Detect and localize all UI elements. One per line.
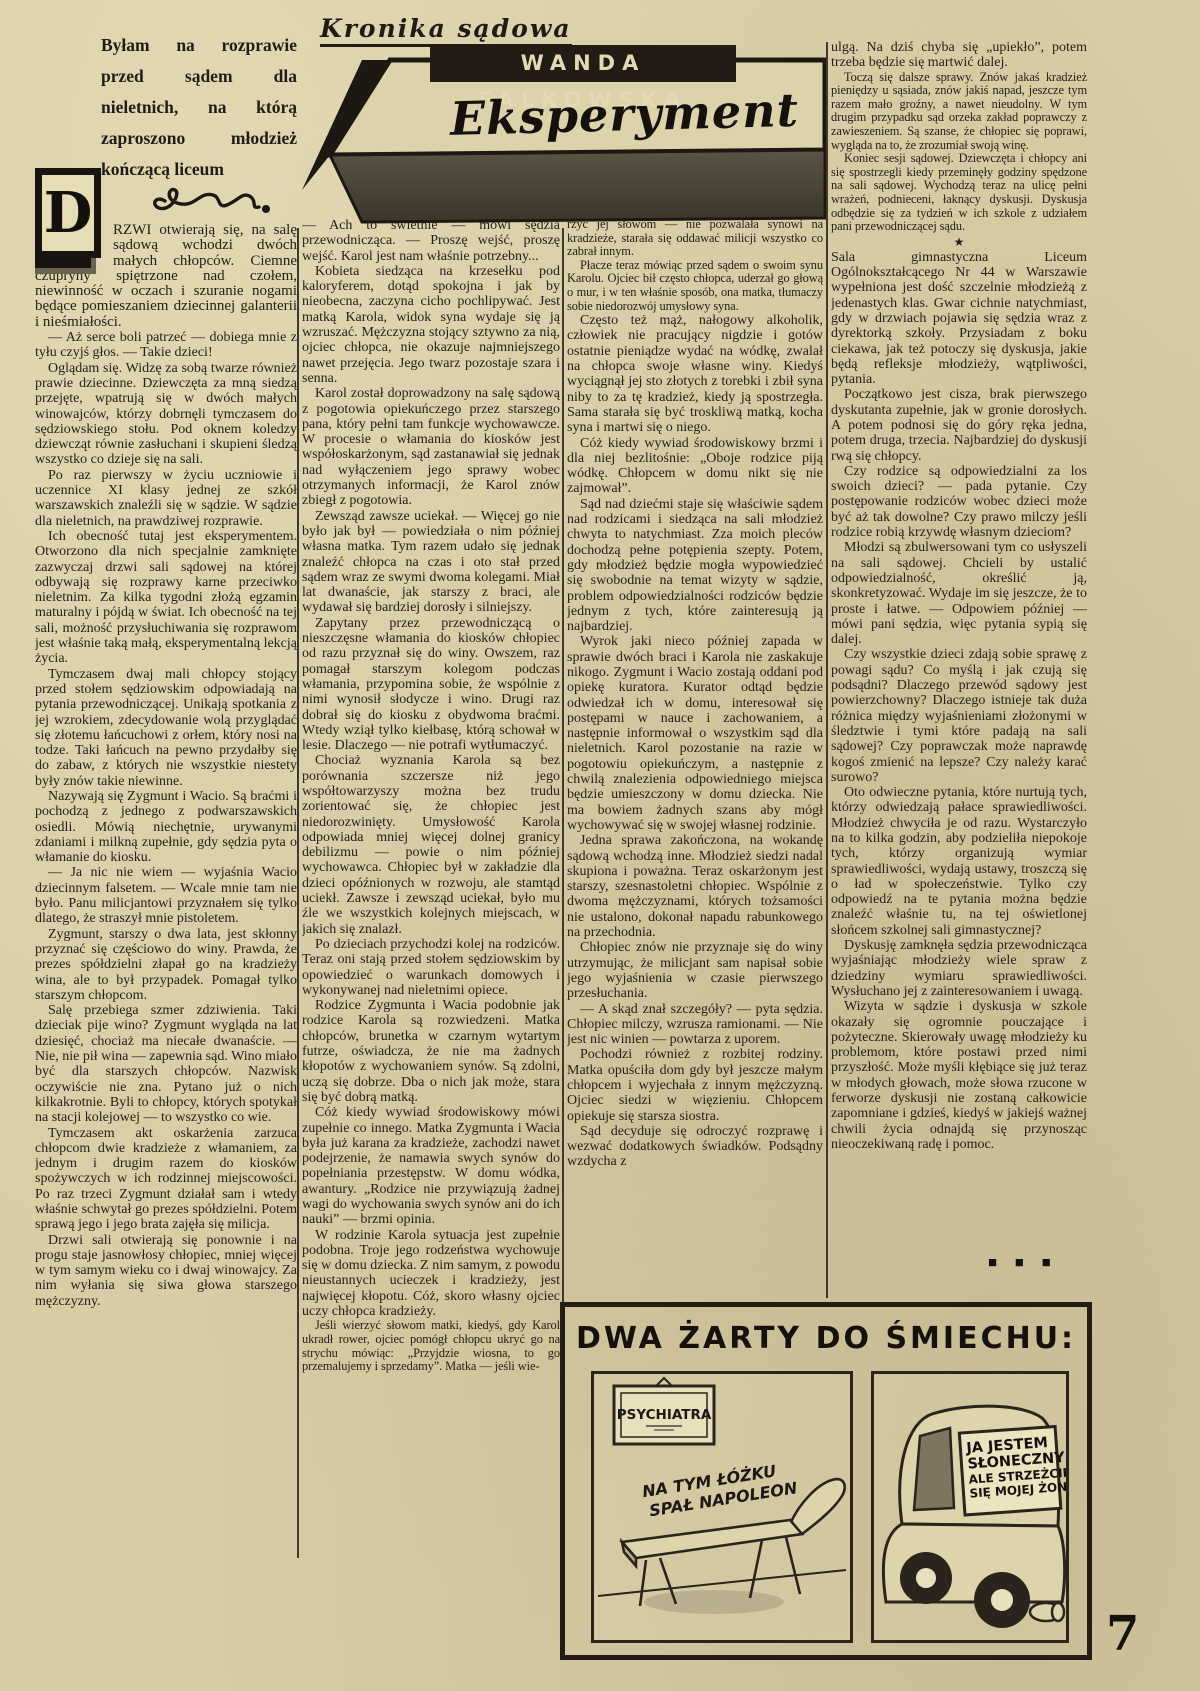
paragraph: — Ach to świetnie — mówi sędzia przewodn… bbox=[302, 218, 560, 264]
column-1-text: RZWI otwierają się, na salę sądową wchod… bbox=[35, 223, 297, 1309]
jokes-section: DWA ŻARTY DO ŚMIECHU: PSYCHIATRA NA bbox=[560, 1302, 1092, 1660]
paragraph: Czy rodzice są odpowiedzialni za los swo… bbox=[831, 464, 1087, 540]
paragraph: Czy wszystkie dzieci zdają sobie sprawę … bbox=[831, 647, 1087, 785]
joke-panel-bed: PSYCHIATRA NA TYM ŁÓŻKU SPAŁ NAPOLEON bbox=[591, 1371, 853, 1643]
paragraph: Często też mąż, nałogowy alkoholik, czło… bbox=[567, 313, 823, 435]
psychiatrist-sign: PSYCHIATRA bbox=[614, 1378, 714, 1444]
paragraph: — A skąd znał szczegóły? — pyta sędzia. … bbox=[567, 1002, 823, 1048]
paragraph: Wyrok jaki nieco później zapada w sprawi… bbox=[567, 634, 823, 833]
jokes-heading: DWA ŻARTY DO ŚMIECHU: bbox=[565, 1321, 1087, 1356]
article-title: Eksperyment bbox=[449, 84, 750, 146]
paragraph: Jedna sprawa zakończona, na wokandę sądo… bbox=[567, 833, 823, 940]
column-divider bbox=[826, 42, 828, 1298]
paragraph: Sąd decyduje się odroczyć rozprawę i wez… bbox=[567, 1124, 823, 1170]
newspaper-page: Kronika sądowa WANDA FALKOWSKA Eksperyme… bbox=[0, 0, 1200, 1691]
column-divider bbox=[297, 228, 299, 1558]
paragraph: Początkowo jest cisza, brak pierwszego d… bbox=[831, 387, 1087, 463]
paragraph: Tymczasem dwaj mali chłopcy stojący prze… bbox=[35, 667, 297, 789]
author-banner: WANDA FALKOWSKA bbox=[430, 45, 736, 82]
paragraph: rzyć jej słowom — nie pozwalała synowi n… bbox=[567, 218, 823, 259]
paragraph: Wizyta w sądzie i dyskusja w szkole okaz… bbox=[831, 999, 1087, 1152]
paragraph: Kobieta siedząca na krzesełku pod kalory… bbox=[302, 264, 560, 386]
paragraph: Po dzieciach przychodzi kolej na rodzicó… bbox=[302, 937, 560, 998]
paragraph: Zygmunt, starszy o dwa lata, jest skłonn… bbox=[35, 927, 297, 1003]
text-column-3: rzyć jej słowom — nie pozwalała synowi n… bbox=[567, 218, 823, 1298]
paragraph: Oglądam się. Widzę za sobą twarze równie… bbox=[35, 361, 297, 468]
paragraph: Dyskusję zamknęła sędzia przewodnicząca … bbox=[831, 938, 1087, 999]
paragraph: Toczą się dalsze sprawy. Znów jakaś krad… bbox=[831, 71, 1087, 153]
column-3-text: rzyć jej słowom — nie pozwalała synowi n… bbox=[567, 218, 823, 1170]
page-number: 7 bbox=[1106, 1606, 1139, 1662]
paragraph: Ich obecność tutaj jest eksperymentem. O… bbox=[35, 529, 297, 667]
paragraph: Chociaż wyznania Karola są bez porównani… bbox=[302, 753, 560, 937]
paragraph: Zapytany przez przewodniczącą o nieszczę… bbox=[302, 616, 560, 754]
paragraph: W rodzinie Karola sytuacja jest zupełnie… bbox=[302, 1228, 560, 1320]
paragraph: Sala gimnastyczna Liceum Ogólnokształcąc… bbox=[831, 250, 1087, 388]
dropcap-d: D bbox=[35, 168, 101, 258]
paragraph: Sąd nad dziećmi staje się właściwie sąde… bbox=[567, 497, 823, 635]
paragraph: Cóż kiedy wywiad środowiskowy mówi zupeł… bbox=[302, 1105, 560, 1227]
author-signature-icon bbox=[147, 181, 277, 223]
text-column-2: — Ach to świetnie — mówi sędzia przewodn… bbox=[302, 218, 560, 1616]
paragraph: Tymczasem akt oskarżenia zarzuca chłopco… bbox=[35, 1126, 297, 1233]
column-4-text: ulgą. Na dziś chyba się „upiekło”, potem… bbox=[831, 40, 1087, 1152]
article-lead: Byłam na rozprawie przed sądem dla niele… bbox=[101, 30, 297, 185]
paragraph: Zewsząd zawsze uciekał. — Więcej go nie … bbox=[302, 509, 560, 616]
paragraph: Nazywają się Zygmunt i Wacio. Są braćmi … bbox=[35, 789, 297, 865]
paragraph: — Ja nic nie wiem — wyjaśnia Wacio dziec… bbox=[35, 865, 297, 926]
paragraph: Koniec sesji sądowej. Dziewczęta i chłop… bbox=[831, 152, 1087, 234]
paragraph: ★ bbox=[831, 234, 1087, 250]
paragraph: Młodzi są zbulwersowani tym co usłyszeli… bbox=[831, 540, 1087, 647]
paragraph: Rodzice Zygmunta i Wacia podobnie jak ro… bbox=[302, 998, 560, 1105]
paragraph: Karol został doprowadzony na salę sądową… bbox=[302, 386, 560, 508]
joke-panel-car: JA JESTEM SŁONECZNY! ALE STRZEŻCIE SIĘ M… bbox=[871, 1371, 1069, 1643]
text-column-1: Byłam na rozprawie przed sądem dla niele… bbox=[35, 30, 297, 1575]
paragraph: Pochodzi również z rozbitej rodziny. Mat… bbox=[567, 1047, 823, 1123]
paragraph: Drzwi sali otwierają się ponownie i na p… bbox=[35, 1233, 297, 1309]
bed-cartoon-icon: PSYCHIATRA NA TYM ŁÓŻKU SPAŁ NAPOLEON bbox=[594, 1374, 850, 1640]
paragraph: Płacze teraz mówiąc przed sądem o swoim … bbox=[567, 259, 823, 313]
text-column-4: ulgą. Na dziś chyba się „upiekło”, potem… bbox=[831, 40, 1087, 1302]
svg-text:PSYCHIATRA: PSYCHIATRA bbox=[617, 1407, 712, 1423]
paragraph: Cóż kiedy wywiad środowiskowy brzmi i dl… bbox=[567, 436, 823, 497]
column-2-text: — Ach to świetnie — mówi sędzia przewodn… bbox=[302, 218, 560, 1374]
paragraph: Chłopiec znów nie przyznaje się do winy … bbox=[567, 940, 823, 1001]
paragraph: — Aż serce boli patrzeć — dobiega mnie z… bbox=[35, 330, 297, 361]
paragraph: Salę przebiega szmer zdziwienia. Taki dz… bbox=[35, 1003, 297, 1125]
paragraph: ulgą. Na dziś chyba się „upiekło”, potem… bbox=[831, 40, 1087, 71]
article-end-mark: ■ ■ ■ bbox=[988, 1255, 1058, 1272]
paragraph: Jeśli wierzyć słowom matki, kiedyś, gdy … bbox=[302, 1319, 560, 1373]
paragraph: Oto odwieczne pytania, które nurtują tyc… bbox=[831, 785, 1087, 938]
paragraph: Po raz pierwszy w życiu uczniowie i ucze… bbox=[35, 468, 297, 529]
car-cartoon-icon: JA JESTEM SŁONECZNY! ALE STRZEŻCIE SIĘ M… bbox=[874, 1374, 1066, 1640]
